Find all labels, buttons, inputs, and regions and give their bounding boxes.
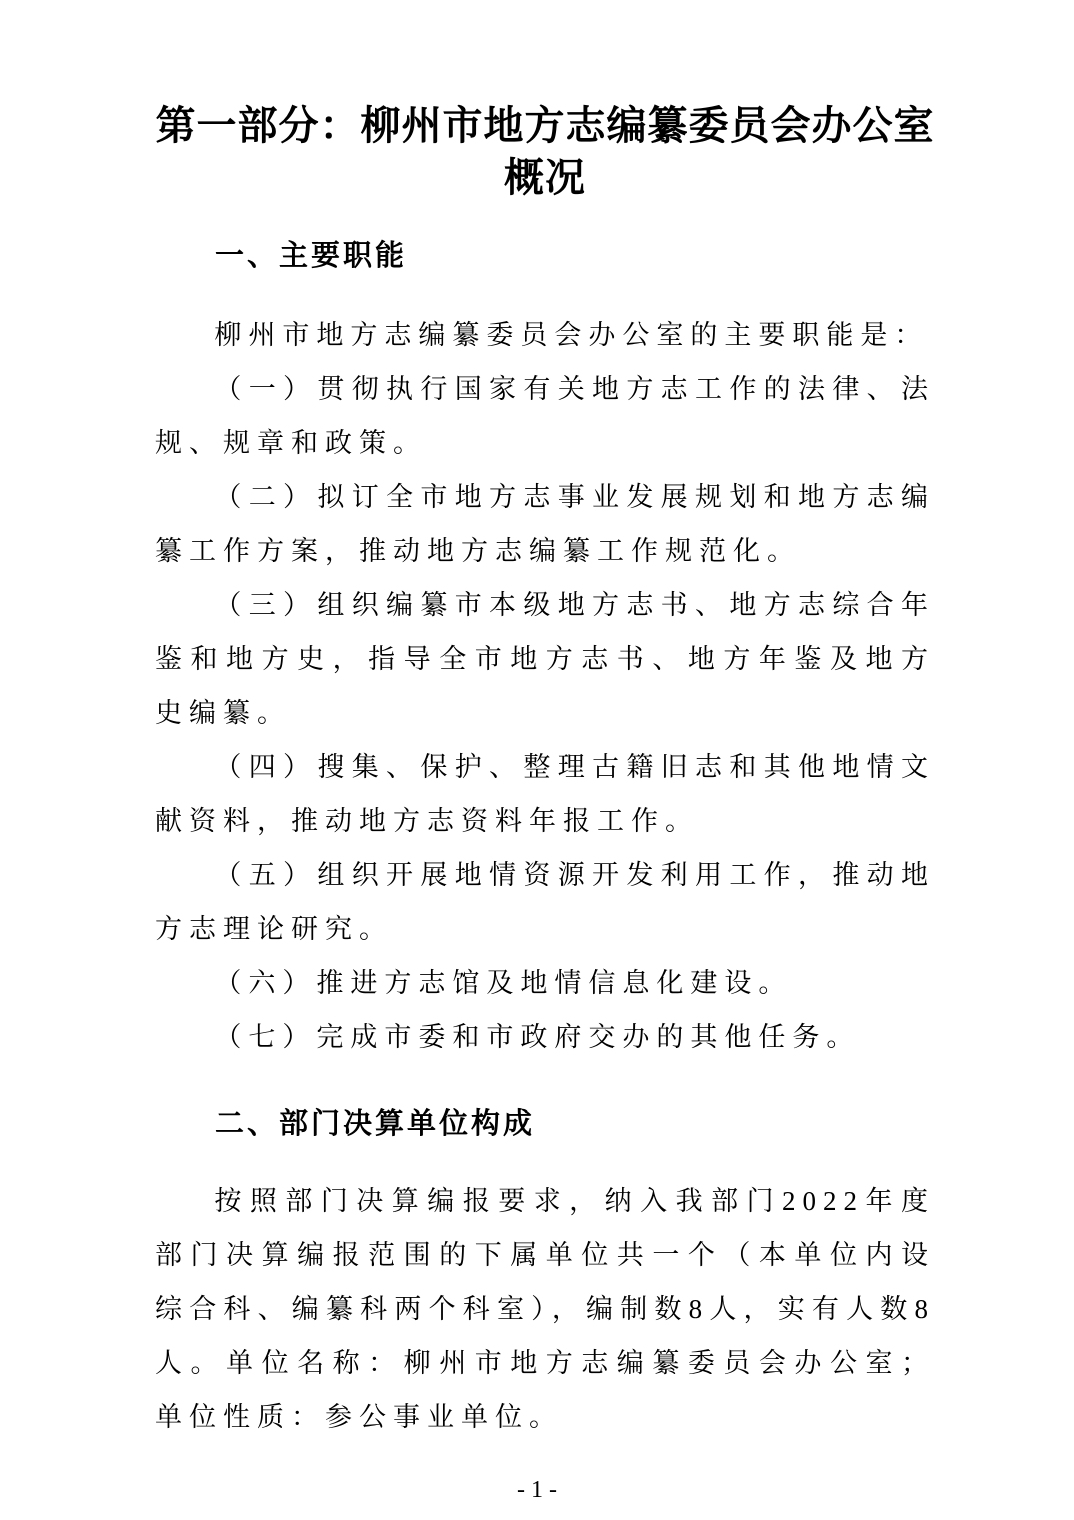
section-2-heading: 二、部门决算单位构成 xyxy=(155,1108,935,1140)
section-1-item-7: （七）完成市委和市政府交办的其他任务。 xyxy=(155,1010,935,1064)
section-1-heading: 一、主要职能 xyxy=(155,240,935,272)
page-number: - 1 - xyxy=(0,1476,1074,1504)
document-title-line1: 第一部分：柳州市地方志编纂委员会办公室 xyxy=(155,100,935,152)
document-page: 第一部分：柳州市地方志编纂委员会办公室 概况 一、主要职能 柳州市地方志编纂委员… xyxy=(0,0,1074,1520)
section-1-item-4: （四）搜集、保护、整理古籍旧志和其他地情文献资料，推动地方志资料年报工作。 xyxy=(155,740,935,848)
section-1-item-3: （三）组织编纂市本级地方志书、地方志综合年鉴和地方史，指导全市地方志书、地方年鉴… xyxy=(155,578,935,740)
section-1-item-2: （二）拟订全市地方志事业发展规划和地方志编纂工作方案，推动地方志编纂工作规范化。 xyxy=(155,470,935,578)
section-1-item-6: （六）推进方志馆及地情信息化建设。 xyxy=(155,956,935,1010)
document-title: 第一部分：柳州市地方志编纂委员会办公室 概况 xyxy=(155,0,935,204)
document-content: 第一部分：柳州市地方志编纂委员会办公室 概况 一、主要职能 柳州市地方志编纂委员… xyxy=(155,0,935,1444)
section-1-intro-paragraph: 柳州市地方志编纂委员会办公室的主要职能是： xyxy=(155,308,935,362)
section-1-item-5: （五）组织开展地情资源开发利用工作，推动地方志理论研究。 xyxy=(155,848,935,956)
section-2-paragraph: 按照部门决算编报要求，纳入我部门2022年度部门决算编报范围的下属单位共一个（本… xyxy=(155,1174,935,1444)
section-1-item-1: （一）贯彻执行国家有关地方志工作的法律、法规、规章和政策。 xyxy=(155,362,935,470)
document-title-line2: 概况 xyxy=(155,152,935,204)
